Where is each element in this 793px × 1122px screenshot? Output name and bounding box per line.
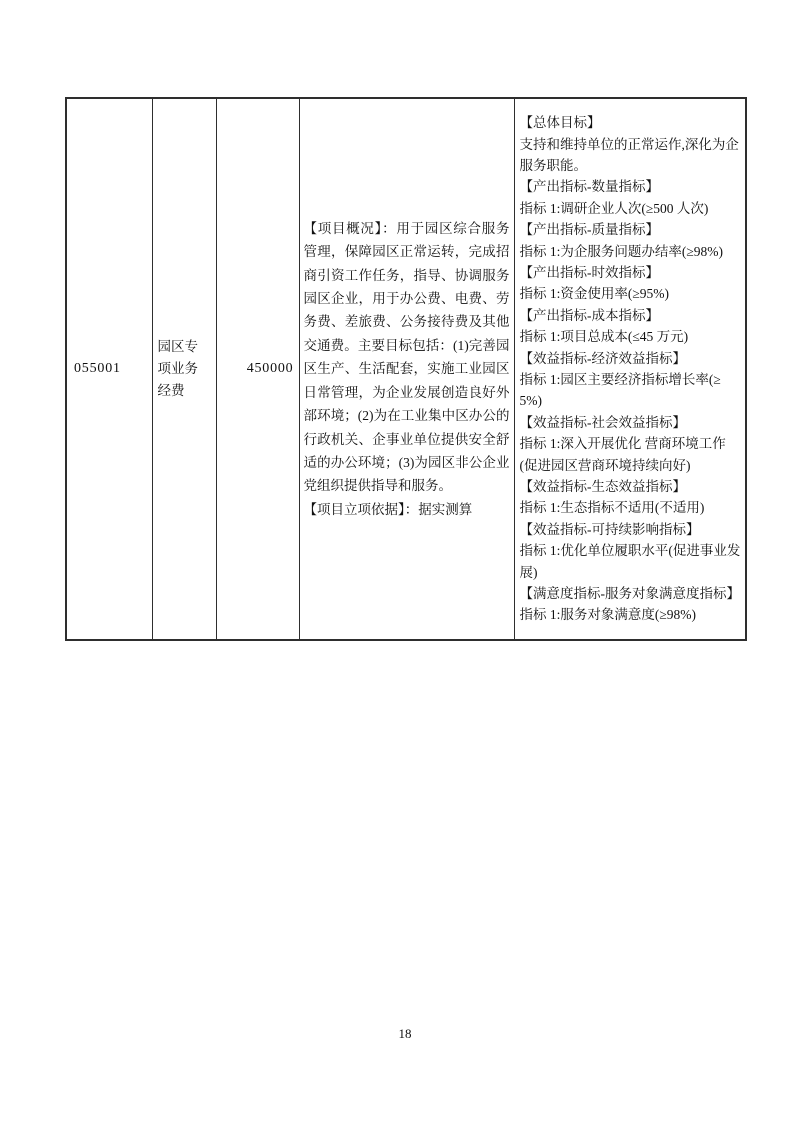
indicator-overall-goal-text: 支持和维持单位的正常运作,深化为企服务职能。 (520, 134, 742, 177)
indicator-header-benefit-social: 【效益指标-社会效益指标】 (520, 412, 742, 433)
indicator-header-overall-goal: 【总体目标】 (520, 112, 742, 133)
indicator-header-output-cost: 【产出指标-成本指标】 (520, 305, 742, 326)
indicator-header-output-quality: 【产出指标-质量指标】 (520, 219, 742, 240)
indicator-satisfaction-1: 指标 1:服务对象满意度(≥98%) (520, 604, 742, 625)
project-description-cell: 【项目概况】：用于园区综合服务管理，保障园区正常运转，完成招商引资工作任务，指导… (299, 98, 514, 640)
document-page: 055001 园区专项业务经费 450000 【项目概况】：用于园区综合服务管理… (0, 0, 793, 1122)
indicator-benefit-economic-1: 指标 1:园区主要经济指标增长率(≥5%) (520, 369, 742, 412)
indicator-benefit-ecological-1: 指标 1:生态指标不适用(不适用) (520, 497, 742, 518)
project-name-cell: 园区专项业务经费 (152, 98, 216, 640)
page-number: 18 (65, 1026, 745, 1042)
indicator-header-benefit-economic: 【效益指标-经济效益指标】 (520, 348, 742, 369)
budget-table-row: 055001 园区专项业务经费 450000 【项目概况】：用于园区综合服务管理… (66, 98, 746, 640)
indicator-output-timeliness-1: 指标 1:资金使用率(≥95%) (520, 283, 742, 304)
project-overview-text: 【项目概况】：用于园区综合服务管理，保障园区正常运转，完成招商引资工作任务，指导… (304, 217, 510, 498)
indicator-output-cost-1: 指标 1:项目总成本(≤45 万元) (520, 326, 742, 347)
project-amount-cell: 450000 (216, 98, 299, 640)
indicator-benefit-social-1: 指标 1:深入开展优化 营商环境工作(促进园区营商环境持续向好) (520, 433, 742, 476)
indicator-output-quality-1: 指标 1:为企服务问题办结率(≥98%) (520, 241, 742, 262)
budget-table: 055001 园区专项业务经费 450000 【项目概况】：用于园区综合服务管理… (65, 97, 747, 641)
indicator-header-benefit-sustainable: 【效益指标-可持续影响指标】 (520, 519, 742, 540)
project-code-cell: 055001 (66, 98, 152, 640)
indicator-output-quantity-1: 指标 1:调研企业人次(≥500 人次) (520, 198, 742, 219)
indicator-header-output-quantity: 【产出指标-数量指标】 (520, 176, 742, 197)
project-basis-text: 【项目立项依据】：据实测算 (304, 498, 510, 521)
indicator-benefit-sustainable-1: 指标 1:优化单位履职水平(促进事业发展) (520, 540, 742, 583)
indicator-header-benefit-ecological: 【效益指标-生态效益指标】 (520, 476, 742, 497)
indicator-header-output-timeliness: 【产出指标-时效指标】 (520, 262, 742, 283)
performance-indicators-cell: 【总体目标】 支持和维持单位的正常运作,深化为企服务职能。 【产出指标-数量指标… (514, 98, 746, 640)
indicator-header-satisfaction: 【满意度指标-服务对象满意度指标】 (520, 583, 742, 604)
